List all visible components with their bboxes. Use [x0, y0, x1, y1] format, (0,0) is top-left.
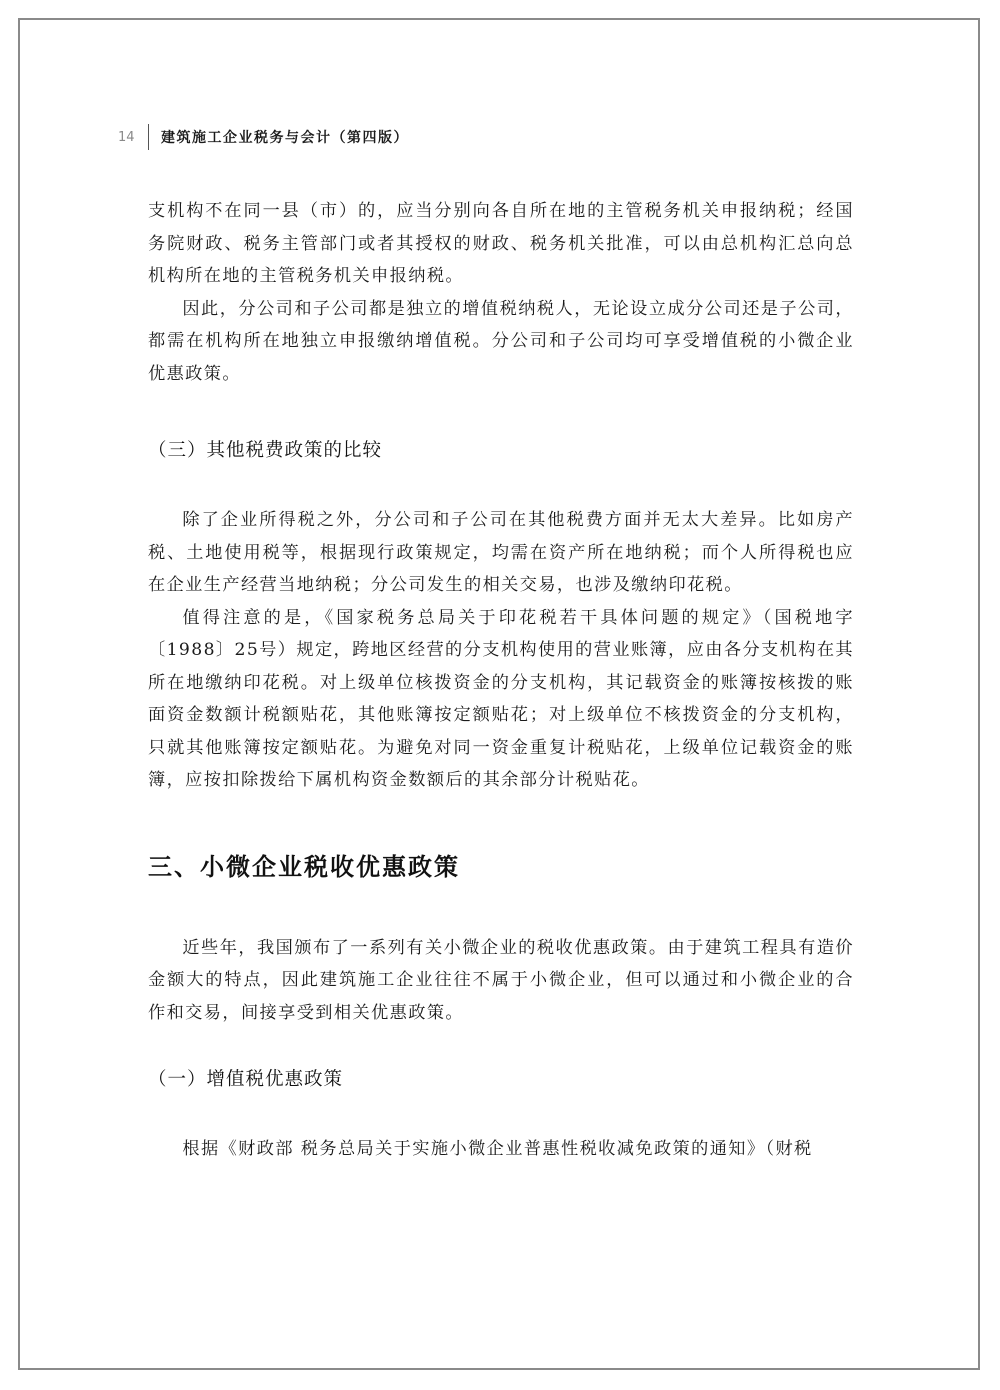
- page-content: 支机构不在同一县（市）的，应当分别向各自所在地的主管税务机关申报纳税；经国务院财…: [148, 195, 854, 1166]
- paragraph-vat-notice: 根据《财政部 税务总局关于实施小微企业普惠性税收减免政策的通知》（财税: [148, 1133, 854, 1166]
- paragraph-stamp-duty: 值得注意的是，《国家税务总局关于印花税若干具体问题的规定》（国税地字〔1988〕…: [148, 602, 854, 797]
- book-title: 建筑施工企业税务与会计（第四版）: [161, 127, 409, 147]
- page-number: 14: [118, 130, 142, 145]
- header-divider: [148, 124, 149, 150]
- running-header: 14 建筑施工企业税务与会计（第四版）: [118, 123, 409, 151]
- paragraph-continuation: 支机构不在同一县（市）的，应当分别向各自所在地的主管税务机关申报纳税；经国务院财…: [148, 195, 854, 293]
- paragraph-other-taxes: 除了企业所得税之外，分公司和子公司在其他税费方面并无太大差异。比如房产税、土地使…: [148, 504, 854, 602]
- subheading-vat-preferential: （一）增值税优惠政策: [148, 1065, 854, 1091]
- paragraph-branch-subsidiary-vat: 因此，分公司和子公司都是独立的增值税纳税人，无论设立成分公司还是子公司，都需在机…: [148, 293, 854, 391]
- paragraph-small-micro-intro: 近些年，我国颁布了一系列有关小微企业的税收优惠政策。由于建筑工程具有造价金额大的…: [148, 932, 854, 1030]
- subheading-other-taxes: （三）其他税费政策的比较: [148, 436, 854, 462]
- section-heading-small-micro: 三、小微企业税收优惠政策: [148, 847, 854, 882]
